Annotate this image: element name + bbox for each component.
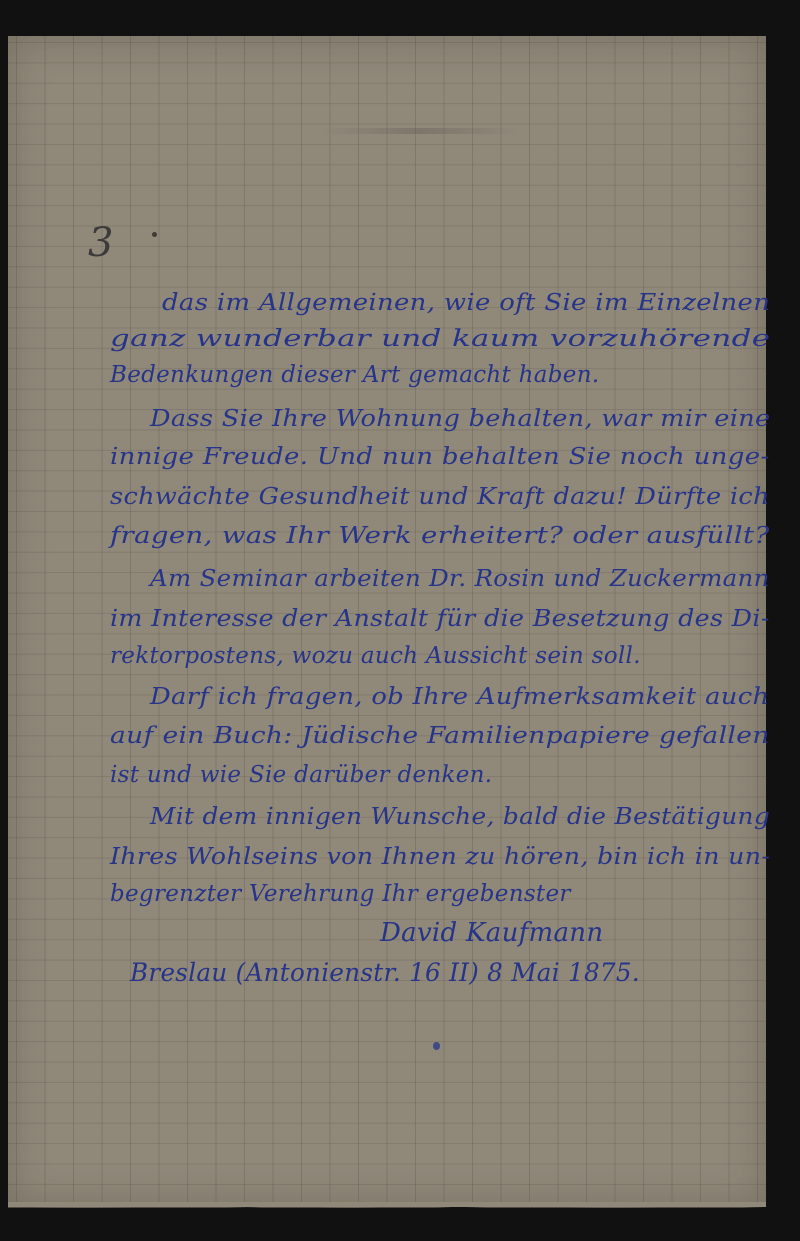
ink-spot	[152, 232, 157, 237]
letter-line: begrenzter Verehrung Ihr ergebenster	[110, 883, 571, 906]
letter-line: Ihres Wohlseins von Ihnen zu hören, bin …	[110, 846, 770, 869]
page-number: 3	[88, 223, 113, 263]
ink-spot-blue	[433, 1042, 440, 1050]
letter-line: ganz wunderbar und kaum vorzuhörende	[110, 328, 770, 351]
letter-line: Mit dem innigen Wunsche, bald die Bestät…	[150, 806, 770, 829]
letter-line: Dass Sie Ihre Wohnung behalten, war mir …	[150, 408, 770, 431]
letter-line: Bedenkungen dieser Art gemacht haben.	[110, 364, 599, 387]
place-and-date: Breslau (Antonienstr. 16 II) 8 Mai 1875.	[130, 960, 640, 985]
letter-line: Darf ich fragen, ob Ihre Aufmerksamkeit …	[150, 686, 769, 709]
letter-line: auf ein Buch: Jüdische Familienpapiere g…	[110, 725, 770, 748]
letter-line: fragen, was Ihr Werk erheitert? oder aus…	[110, 525, 770, 548]
letter-line: im Interesse der Anstalt für die Besetzu…	[110, 608, 770, 631]
letter-line: innige Freude. Und nun behalten Sie noch…	[110, 446, 770, 469]
letter-line: Am Seminar arbeiten Dr. Rosin und Zucker…	[150, 568, 770, 591]
letter-line: ist und wie Sie darüber denken.	[110, 764, 492, 787]
signature: David Kaufmann	[380, 920, 603, 946]
ink-bleed-through	[320, 128, 520, 134]
letter-line: das im Allgemeinen, wie oft Sie im Einze…	[162, 292, 770, 315]
letter-line: schwächte Gesundheit und Kraft dazu! Dür…	[110, 486, 770, 509]
letter-line: rektorpostens, wozu auch Aussicht sein s…	[110, 645, 641, 668]
